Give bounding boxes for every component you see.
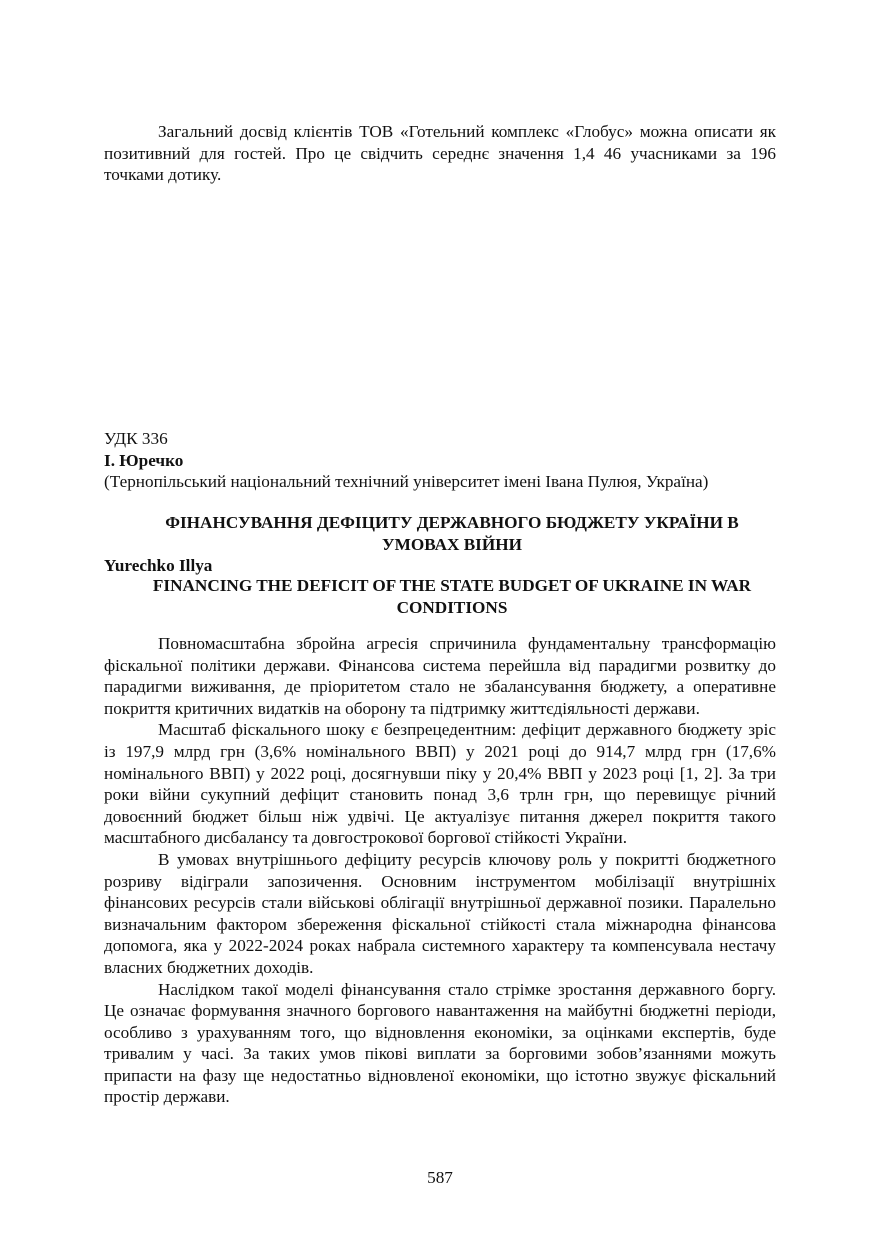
body-paragraph: Наслідком такої моделі фінансування стал… [104,979,776,1109]
page-number: 587 [104,1168,776,1188]
udc-code: УДК 336 [104,428,168,449]
author-affiliation: (Тернопільський національний технічний у… [104,471,708,492]
previous-article-ending: Загальний досвід клієнтів ТОВ «Готельний… [104,121,776,186]
body-paragraph: Масштаб фіскального шоку є безпрецедентн… [104,719,776,849]
body-paragraph: Повномасштабна збройна агресія спричинил… [104,633,776,719]
author-name-en: Yurechko Illya [104,555,212,576]
article-title-uk: ФІНАНСУВАННЯ ДЕФІЦИТУ ДЕРЖАВНОГО БЮДЖЕТУ… [104,512,776,555]
author-name-uk: І. Юречко [104,450,183,471]
body-paragraph: В умовах внутрішнього дефіциту ресурсів … [104,849,776,979]
article-body: Повномасштабна збройна агресія спричинил… [104,633,776,1108]
previous-article-paragraph: Загальний досвід клієнтів ТОВ «Готельний… [104,121,776,186]
article-title-en: FINANCING THE DEFICIT OF THE STATE BUDGE… [104,575,776,618]
